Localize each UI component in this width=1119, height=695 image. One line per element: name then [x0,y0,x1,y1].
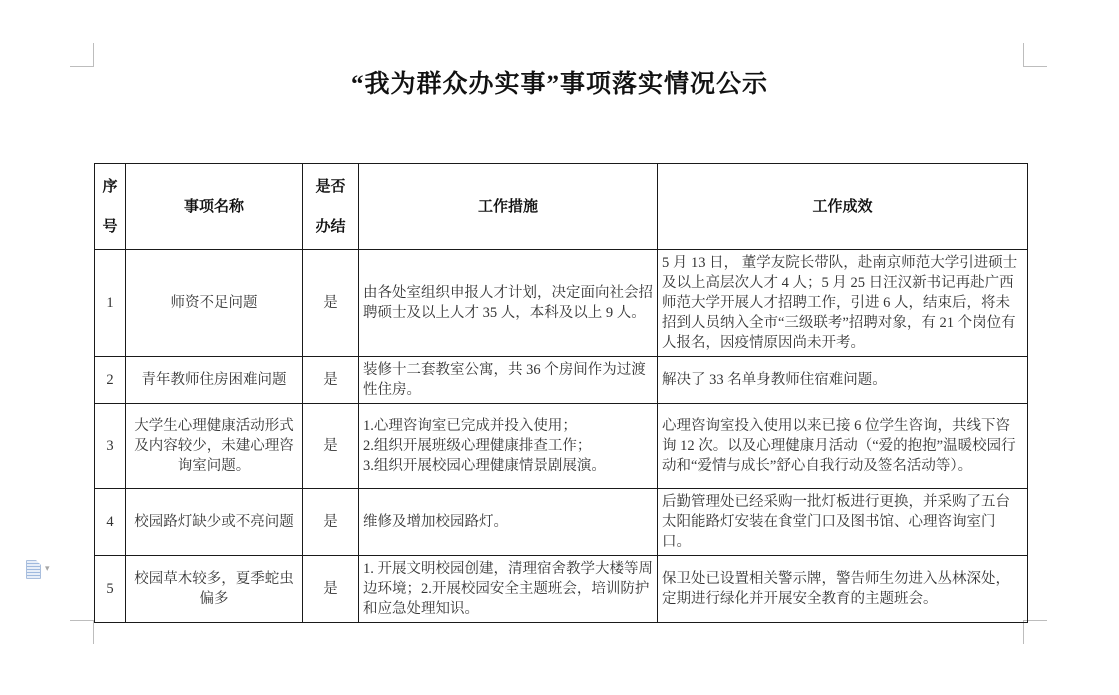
cell-item-name[interactable]: 青年教师住房困难问题 [126,357,303,404]
cell-serial-number[interactable]: 3 [95,404,126,489]
cell-item-name[interactable]: 师资不足问题 [126,250,303,357]
cell-serial-number[interactable]: 5 [95,556,126,623]
cell-completed[interactable]: 是 [303,357,359,404]
cell-work-measures[interactable]: 1.心理咨询室已完成并投入使用； 2.组织开展班级心理健康排查工作； 3.组织开… [359,404,658,489]
header-item-name[interactable]: 事项名称 [126,164,303,250]
cell-work-measures[interactable]: 1. 开展文明校园创建，清理宿舍教学大楼等周边环境；2.开展校园安全主题班会，培… [359,556,658,623]
cell-work-results[interactable]: 后勤管理处已经采购一批灯板进行更换，并采购了五台太阳能路灯安装在食堂门口及图书馆… [658,489,1028,556]
header-serial-number[interactable]: 序号 [95,164,126,250]
header-work-results-label: 工作成效 [812,199,872,215]
table-row: 1 师资不足问题 是 由各处室组织申报人才计划，决定面向社会招聘硕士及以上人才 … [95,250,1028,357]
cell-work-results[interactable]: 5 月 13 日， 董学友院长带队，赴南京师范大学引进硕士及以上高层次人才 4 … [658,250,1028,357]
table-row: 2 青年教师住房困难问题 是 装修十二套教室公寓，共 36 个房间作为过渡性住房… [95,357,1028,404]
cell-serial-number[interactable]: 4 [95,489,126,556]
cell-completed[interactable]: 是 [303,489,359,556]
cell-work-measures[interactable]: 维修及增加校园路灯。 [359,489,658,556]
header-serial-number-label: 序号 [102,179,117,235]
cell-completed[interactable]: 是 [303,556,359,623]
crop-mark-bottom-right [1023,620,1047,644]
cell-work-measures[interactable]: 装修十二套教室公寓，共 36 个房间作为过渡性住房。 [359,357,658,404]
cell-completed[interactable]: 是 [303,250,359,357]
page-title[interactable]: “我为群众办实事”事项落实情况公示 [0,64,1119,100]
document-icon [26,560,41,579]
cell-work-results[interactable]: 心理咨询室投入使用以来已接 6 位学生咨询，共线下咨询 12 次。以及心理健康月… [658,404,1028,489]
cell-item-name[interactable]: 大学生心理健康活动形式及内容较少，未建心理咨询室问题。 [126,404,303,489]
table-row: 4 校园路灯缺少或不亮问题 是 维修及增加校园路灯。 后勤管理处已经采购一批灯板… [95,489,1028,556]
cell-work-measures[interactable]: 由各处室组织申报人才计划，决定面向社会招聘硕士及以上人才 35 人，本科及以上 … [359,250,658,357]
crop-mark-bottom-left [70,620,94,644]
paste-options-button[interactable]: ▾ [26,557,62,581]
cell-item-name[interactable]: 校园草木较多，夏季蛇虫偏多 [126,556,303,623]
header-item-name-label: 事项名称 [184,199,244,215]
table-row: 3 大学生心理健康活动形式及内容较少，未建心理咨询室问题。 是 1.心理咨询室已… [95,404,1028,489]
cell-work-results[interactable]: 保卫处已设置相关警示牌，警告师生勿进入丛林深处，定期进行绿化并开展安全教育的主题… [658,556,1028,623]
header-completed-label: 是否办结 [314,167,348,247]
table-header-row: 序号 事项名称 是否办结 工作措施 工作成效 [95,164,1028,250]
cell-work-results[interactable]: 解决了 33 名单身教师住宿难问题。 [658,357,1028,404]
chevron-down-icon: ▾ [45,565,50,574]
cell-item-name[interactable]: 校园路灯缺少或不亮问题 [126,489,303,556]
cell-serial-number[interactable]: 2 [95,357,126,404]
cell-serial-number[interactable]: 1 [95,250,126,357]
header-work-measures[interactable]: 工作措施 [359,164,658,250]
cell-completed[interactable]: 是 [303,404,359,489]
header-completed[interactable]: 是否办结 [303,164,359,250]
document-page[interactable]: “我为群众办实事”事项落实情况公示 序号 事项名称 是否办结 工作措施 工作成效… [0,0,1119,695]
items-table: 序号 事项名称 是否办结 工作措施 工作成效 1 师资不足问题 是 由各处室组织… [94,163,1028,623]
table-row: 5 校园草木较多，夏季蛇虫偏多 是 1. 开展文明校园创建，清理宿舍教学大楼等周… [95,556,1028,623]
header-work-measures-label: 工作措施 [478,199,538,215]
header-work-results[interactable]: 工作成效 [658,164,1028,250]
